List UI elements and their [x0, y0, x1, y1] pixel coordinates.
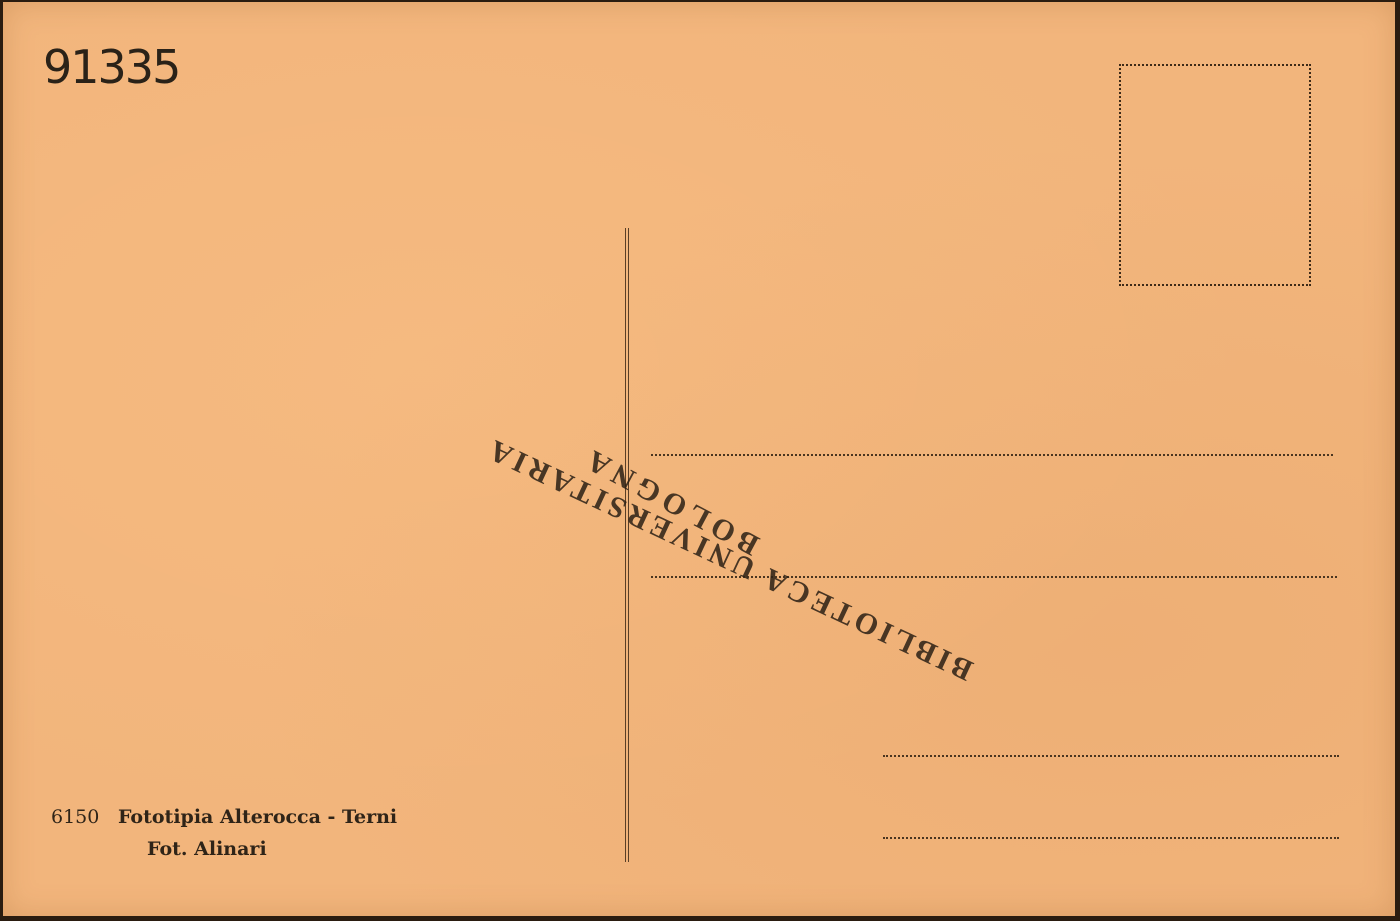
photographer-credit: Fot. Alinari — [147, 838, 267, 860]
card-number: 6150 — [51, 806, 99, 828]
postage-stamp-box — [1119, 64, 1311, 286]
handwritten-inventory-number: 91335 — [43, 40, 179, 94]
publisher-name: Fototipia Alterocca - Terni — [118, 806, 397, 828]
publisher-imprint: 6150 Fototipia Alterocca - Terni — [51, 806, 397, 828]
postcard-back: 91335 BOLOGNA BIBLIOTECA UNIVERSITARIA 6… — [3, 2, 1395, 916]
address-line-4 — [883, 837, 1339, 839]
address-line-3 — [883, 755, 1339, 757]
library-ownership-stamp: BOLOGNA BIBLIOTECA UNIVERSITARIA — [463, 432, 823, 652]
stamp-text-library: BIBLIOTECA UNIVERSITARIA — [481, 431, 979, 687]
